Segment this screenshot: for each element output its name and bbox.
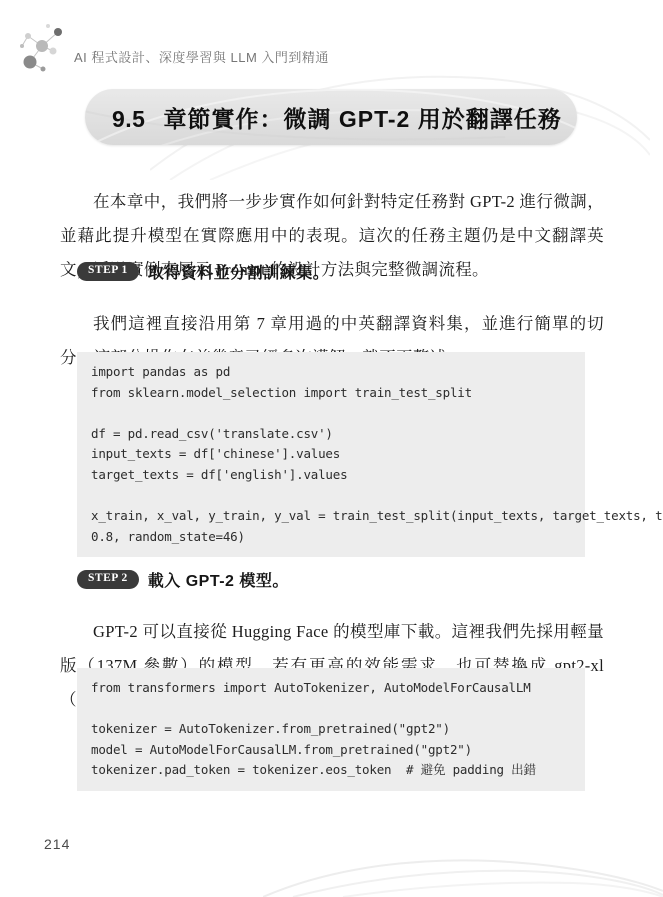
code-line — [91, 486, 571, 507]
step2-heading: STEP 2 載入 GPT-2 模型。 — [77, 568, 289, 591]
code-line: input_texts = df['chinese'].values — [91, 444, 571, 465]
page-header: AI 程式設計、深度學習與 LLM 入門到精通 — [18, 24, 329, 74]
section-title-banner: 9.5 章節實作：微調 GPT-2 用於翻譯任務 — [85, 89, 577, 145]
code-line: from sklearn.model_selection import trai… — [91, 383, 571, 404]
code-line: tokenizer = AutoTokenizer.from_pretraine… — [91, 719, 571, 740]
code-line: model = AutoModelForCausalLM.from_pretra… — [91, 740, 571, 761]
code-line: 0.8, random_state=46) — [91, 527, 571, 548]
step1-title: 取得資料並分割訓練集。 — [148, 260, 330, 283]
code-line: x_train, x_val, y_train, y_val = train_t… — [91, 506, 571, 527]
section-title: 章節實作：微調 GPT-2 用於翻譯任務 — [163, 101, 561, 134]
code-block-load-model: from transformers import AutoTokenizer, … — [77, 668, 585, 791]
step1-heading: STEP 1 取得資料並分割訓練集。 — [77, 260, 329, 283]
code-line: df = pd.read_csv('translate.csv') — [91, 424, 571, 445]
book-page: AI 程式設計、深度學習與 LLM 入門到精通 9.5 章節實作：微調 GPT-… — [0, 0, 663, 897]
code-block-data-split: import pandas as pd from sklearn.model_s… — [77, 352, 585, 557]
code-line — [91, 403, 571, 424]
page-number: 214 — [44, 836, 70, 852]
section-number: 9.5 — [112, 106, 145, 133]
section-title-row: 9.5 章節實作：微調 GPT-2 用於翻譯任務 — [85, 101, 562, 134]
code-line: from transformers import AutoTokenizer, … — [91, 678, 571, 699]
code-line: tokenizer.pad_token = tokenizer.eos_toke… — [91, 760, 571, 781]
molecule-network-icon — [18, 24, 66, 74]
step2-badge: STEP 2 — [77, 570, 139, 589]
bottom-decorative-waves — [263, 851, 663, 897]
book-title: AI 程式設計、深度學習與 LLM 入門到精通 — [74, 33, 329, 66]
step1-badge: STEP 1 — [77, 262, 139, 281]
code-line: target_texts = df['english'].values — [91, 465, 571, 486]
code-line: import pandas as pd — [91, 362, 571, 383]
code-line — [91, 699, 571, 720]
step2-title: 載入 GPT-2 模型。 — [148, 568, 289, 591]
